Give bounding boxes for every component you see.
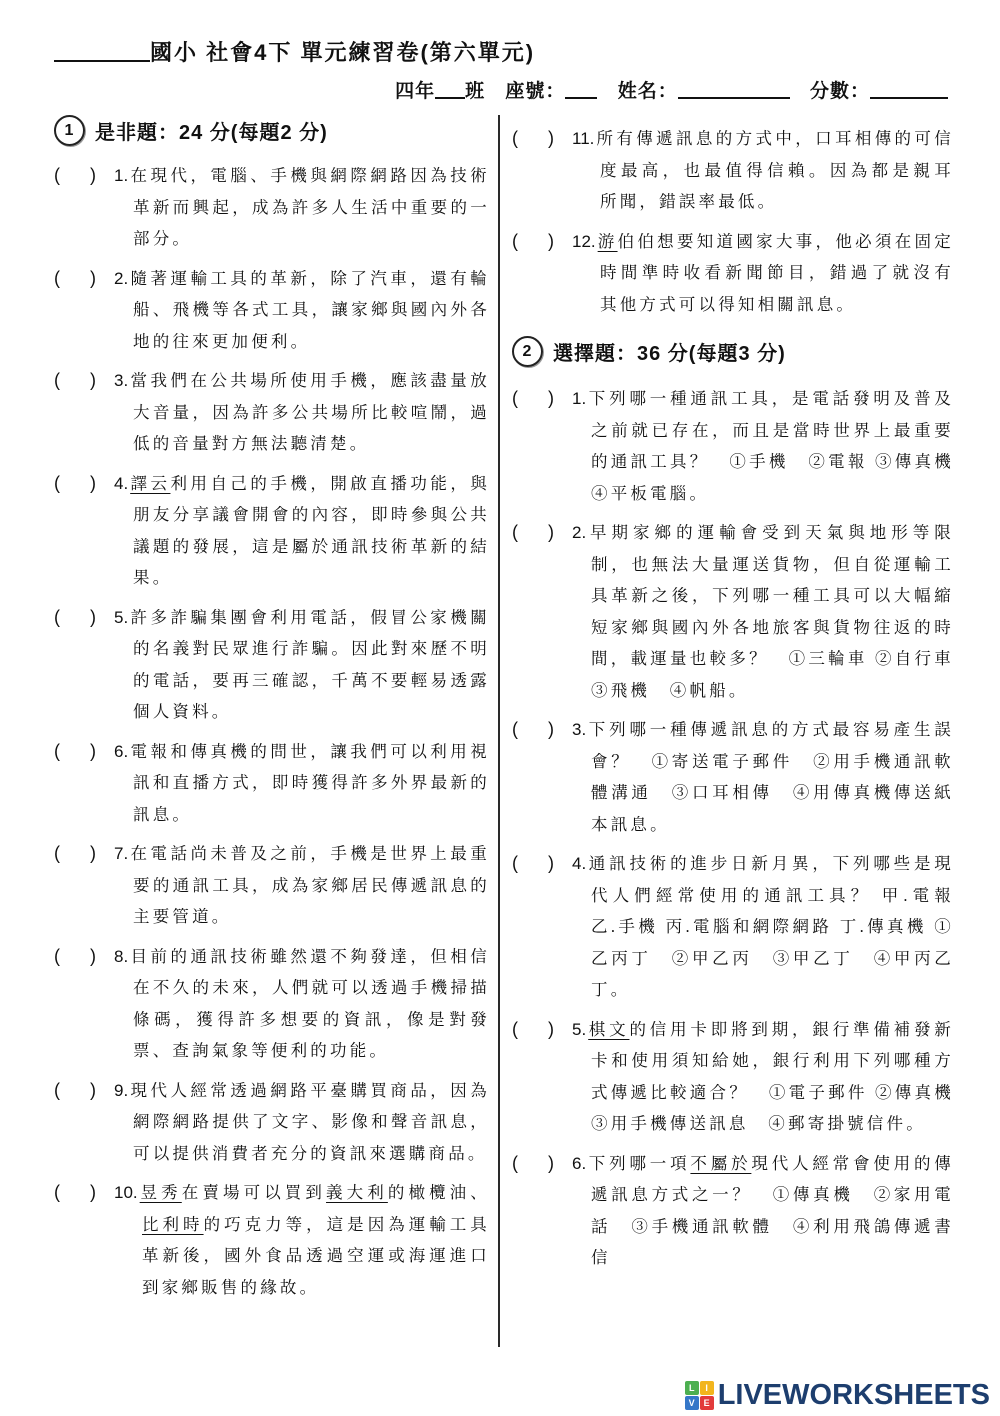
answer-blank[interactable]: () — [512, 517, 564, 706]
section1-left-questions: ()1.在現代，電腦、手機與網際網路因為技術革新而興起，成為許多人生活中重要的一… — [54, 160, 490, 1303]
question-text: 7.在電話尚未普及之前，手機是世界上最重要的通訊工具，成為家鄉居民傳遞訊息的主要… — [114, 838, 490, 933]
question-item: ()1.下列哪一種通訊工具，是電話發明及普及之前就已存在，而且是當時世界上最重要… — [512, 383, 954, 509]
question-text: 4.通訊技術的進步日新月異，下列哪些是現代人們經常使用的通訊工具？ 甲.電報 乙… — [572, 848, 954, 1006]
question-item: ()7.在電話尚未普及之前，手機是世界上最重要的通訊工具，成為家鄉居民傳遞訊息的… — [54, 838, 490, 933]
question-item: ()2.早期家鄉的運輸會受到天氣與地形等限制，也無法大量運送貨物，但自從運輸工具… — [512, 517, 954, 706]
grade-blank[interactable] — [435, 78, 465, 99]
answer-blank[interactable]: () — [54, 1075, 106, 1170]
question-item: ()1.在現代，電腦、手機與網際網路因為技術革新而興起，成為許多人生活中重要的一… — [54, 160, 490, 255]
question-item: ()5.許多詐騙集團會利用電話，假冒公家機關的名義對民眾進行詐騙。因此對來歷不明… — [54, 602, 490, 728]
score-label: 分數： — [810, 81, 870, 102]
seat-label: 座號： — [505, 81, 565, 102]
class-label: 班 — [465, 81, 485, 102]
question-text: 4.譯云利用自己的手機，開啟直播功能，與朋友分享議會開會的內容，即時參與公共議題… — [114, 468, 490, 594]
question-text: 5.許多詐騙集團會利用電話，假冒公家機關的名義對民眾進行詐騙。因此對來歷不明的電… — [114, 602, 490, 728]
answer-blank[interactable]: () — [54, 736, 106, 831]
question-text: 11.所有傳遞訊息的方式中，口耳相傳的可信度最高，也最值得信賴。因為都是親耳所聞… — [572, 123, 954, 218]
question-item: ()3.下列哪一種傳遞訊息的方式最容易產生誤會？ ①寄送電子郵件 ②用手機通訊軟… — [512, 714, 954, 840]
answer-blank[interactable]: () — [54, 263, 106, 358]
question-item: ()12.游伯伯想要知道國家大事，他必須在固定時間準時收看新聞節目，錯過了就沒有… — [512, 226, 954, 321]
answer-blank[interactable]: () — [512, 1014, 564, 1140]
answer-blank[interactable]: () — [54, 602, 106, 728]
answer-blank[interactable]: () — [512, 383, 564, 509]
question-text: 3.下列哪一種傳遞訊息的方式最容易產生誤會？ ①寄送電子郵件 ②用手機通訊軟體溝… — [572, 714, 954, 840]
liveworksheets-logo-icon: LIVE — [685, 1381, 714, 1410]
liveworksheets-brand: LIVEWORKSHEETS — [718, 1379, 990, 1412]
seat-blank[interactable] — [565, 78, 597, 99]
school-name-blank[interactable] — [54, 38, 150, 62]
question-text: 2.隨著運輸工具的革新，除了汽車，還有輪船、飛機等各式工具，讓家鄉與國內外各地的… — [114, 263, 490, 358]
question-item: ()4.通訊技術的進步日新月異，下列哪些是現代人們經常使用的通訊工具？ 甲.電報… — [512, 848, 954, 1006]
name-label: 姓名： — [618, 81, 678, 102]
worksheet-columns: 1 是非題：24 分(每題2 分) ()1.在現代，電腦、手機與網際網路因為技術… — [54, 115, 954, 1347]
grade-label: 四年 — [395, 81, 435, 102]
logo-letter-l: L — [685, 1381, 699, 1395]
answer-blank[interactable]: () — [54, 838, 106, 933]
question-item: ()3.當我們在公共場所使用手機，應該盡量放大音量，因為許多公共場所比較喧鬧，過… — [54, 365, 490, 460]
section1-title: 是非題：24 分(每題2 分) — [95, 116, 328, 145]
worksheet-title-row: 國小 社會4下 單元練習卷(第六單元) — [54, 36, 954, 67]
name-blank[interactable] — [678, 78, 790, 99]
liveworksheets-footer: LIVE LIVEWORKSHEETS — [685, 1379, 990, 1412]
answer-blank[interactable]: () — [512, 226, 564, 321]
section2-questions: ()1.下列哪一種通訊工具，是電話發明及普及之前就已存在，而且是當時世界上最重要… — [512, 383, 954, 1274]
answer-blank[interactable]: () — [512, 1148, 564, 1274]
answer-blank[interactable]: () — [512, 714, 564, 840]
question-item: ()8.目前的通訊技術雖然還不夠發達，但相信在不久的未來，人們就可以透過手機掃描… — [54, 941, 490, 1067]
question-item: ()11.所有傳遞訊息的方式中，口耳相傳的可信度最高，也最值得信賴。因為都是親耳… — [512, 123, 954, 218]
question-item: ()2.隨著運輸工具的革新，除了汽車，還有輪船、飛機等各式工具，讓家鄉與國內外各… — [54, 263, 490, 358]
worksheet-title: 國小 社會4下 單元練習卷(第六單元) — [150, 40, 535, 65]
column-divider — [498, 115, 500, 1347]
question-text: 6.下列哪一項不屬於現代人經常會使用的傳遞訊息方式之一？ ①傳真機 ②家用電話 … — [572, 1148, 954, 1274]
worksheet-page: 國小 社會4下 單元練習卷(第六單元) 四年班 座號： 姓名： 分數： 1 是非… — [0, 0, 1000, 1347]
section2-title: 選擇題：36 分(每題3 分) — [553, 337, 786, 366]
answer-blank[interactable]: () — [512, 848, 564, 1006]
logo-letter-e: E — [700, 1396, 714, 1410]
answer-blank[interactable]: () — [512, 123, 564, 218]
right-column: ()11.所有傳遞訊息的方式中，口耳相傳的可信度最高，也最值得信賴。因為都是親耳… — [512, 115, 954, 1347]
question-item: ()6.下列哪一項不屬於現代人經常會使用的傳遞訊息方式之一？ ①傳真機 ②家用電… — [512, 1148, 954, 1274]
question-item: ()4.譯云利用自己的手機，開啟直播功能，與朋友分享議會開會的內容，即時參與公共… — [54, 468, 490, 594]
section1-badge: 1 — [54, 115, 85, 146]
question-text: 5.棋文的信用卡即將到期，銀行準備補發新卡和使用須知給她，銀行利用下列哪種方式傳… — [572, 1014, 954, 1140]
answer-blank[interactable]: () — [54, 468, 106, 594]
question-text: 3.當我們在公共場所使用手機，應該盡量放大音量，因為許多公共場所比較喧鬧，過低的… — [114, 365, 490, 460]
left-column: 1 是非題：24 分(每題2 分) ()1.在現代，電腦、手機與網際網路因為技術… — [54, 115, 490, 1347]
answer-blank[interactable]: () — [54, 1177, 106, 1303]
question-text: 1.下列哪一種通訊工具，是電話發明及普及之前就已存在，而且是當時世界上最重要的通… — [572, 383, 954, 509]
question-item: ()9.現代人經常透過網路平臺購買商品，因為網際網路提供了文字、影像和聲音訊息，… — [54, 1075, 490, 1170]
section1-right-questions: ()11.所有傳遞訊息的方式中，口耳相傳的可信度最高，也最值得信賴。因為都是親耳… — [512, 123, 954, 320]
logo-letter-v: V — [685, 1396, 699, 1410]
question-text: 8.目前的通訊技術雖然還不夠發達，但相信在不久的未來，人們就可以透過手機掃描條碼… — [114, 941, 490, 1067]
section2-badge: 2 — [512, 336, 543, 367]
section2-header: 2 選擇題：36 分(每題3 分) — [512, 336, 954, 367]
question-item: ()10.昱秀在賣場可以買到義大利的橄欖油、比利時的巧克力等，這是因為運輸工具革… — [54, 1177, 490, 1303]
question-text: 9.現代人經常透過網路平臺購買商品，因為網際網路提供了文字、影像和聲音訊息，可以… — [114, 1075, 490, 1170]
section1-header: 1 是非題：24 分(每題2 分) — [54, 115, 490, 146]
answer-blank[interactable]: () — [54, 160, 106, 255]
question-text: 10.昱秀在賣場可以買到義大利的橄欖油、比利時的巧克力等，這是因為運輸工具革新後… — [114, 1177, 490, 1303]
question-item: ()5.棋文的信用卡即將到期，銀行準備補發新卡和使用須知給她，銀行利用下列哪種方… — [512, 1014, 954, 1140]
answer-blank[interactable]: () — [54, 941, 106, 1067]
question-text: 1.在現代，電腦、手機與網際網路因為技術革新而興起，成為許多人生活中重要的一部分… — [114, 160, 490, 255]
score-blank[interactable] — [870, 78, 948, 99]
question-text: 12.游伯伯想要知道國家大事，他必須在固定時間準時收看新聞節目，錯過了就沒有其他… — [572, 226, 954, 321]
student-info-row: 四年班 座號： 姓名： 分數： — [54, 76, 954, 103]
question-text: 6.電報和傳真機的問世，讓我們可以利用視訊和直播方式，即時獲得許多外界最新的訊息… — [114, 736, 490, 831]
logo-letter-i: I — [700, 1381, 714, 1395]
question-item: ()6.電報和傳真機的問世，讓我們可以利用視訊和直播方式，即時獲得許多外界最新的… — [54, 736, 490, 831]
answer-blank[interactable]: () — [54, 365, 106, 460]
question-text: 2.早期家鄉的運輸會受到天氣與地形等限制，也無法大量運送貨物，但自從運輸工具革新… — [572, 517, 954, 706]
